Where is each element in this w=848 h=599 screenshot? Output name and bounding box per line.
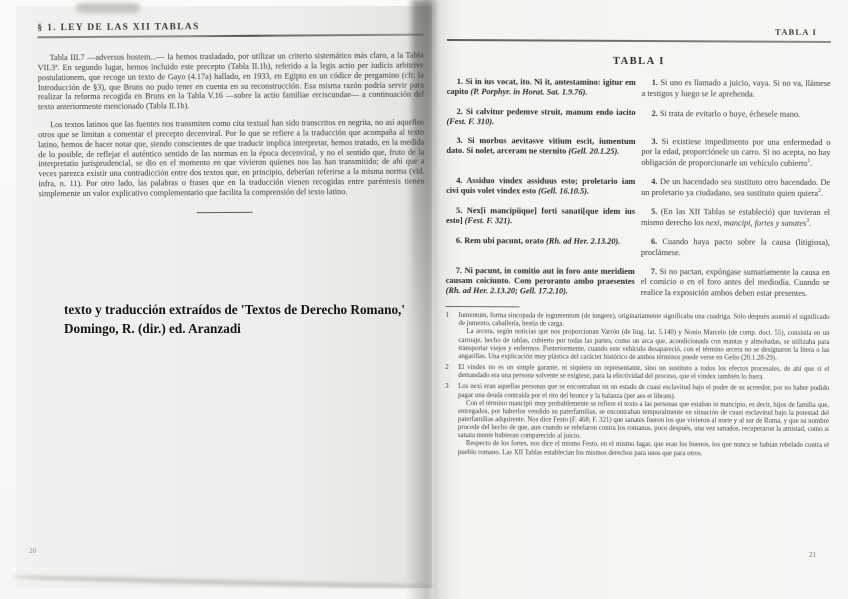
right-header-rule <box>447 39 831 43</box>
section-divider-rule <box>197 212 253 214</box>
spanish-text: 6. Cuando haya pacto sobre la causa (lit… <box>641 237 830 259</box>
latin-text: 3. Si morbus aevitasve vitium escit, ium… <box>446 136 635 168</box>
law-entry: 6. Rem ubi pacunt, orato (Rh. ad Her. 2.… <box>446 236 830 259</box>
left-paragraph-1: Tabla III.7 —adversus hostem...— la hemo… <box>38 51 424 113</box>
law-entries: 1. Si in ius vocat, ito. Ni it, antestam… <box>446 77 831 299</box>
source-attribution-note: texto y traducción extraídos de 'Textos … <box>64 300 409 338</box>
footnote: 3 Los nexi eran aquellas personas que se… <box>445 383 829 458</box>
left-paragraph-2: Los textos latinos que las fuentes nos t… <box>38 118 425 199</box>
law-entry: 3. Si morbus aevitasve vitium escit, ium… <box>446 136 830 169</box>
latin-text: 2. Si calvitur pedemve struit, manum end… <box>447 107 636 128</box>
latin-text: 5. Nex[i mancipiique] forti sanati[que i… <box>446 206 635 228</box>
latin-text: 6. Rem ubi pacunt, orato (Rh. ad Her. 2.… <box>446 236 635 258</box>
spanish-text: 1. Si uno es llamado a juicio, vaya. Si … <box>642 78 831 100</box>
law-entry: 7. Ni pacunt, in comitio aut in foro ant… <box>446 266 830 299</box>
left-running-header: § 1. LEY DE LAS XII TABLAS <box>37 21 423 34</box>
left-page: § 1. LEY DE LAS XII TABLAS Tabla III.7 —… <box>16 6 432 588</box>
footnote: 1 Iumentum, forma sincopada de iugumentu… <box>445 312 829 363</box>
law-entry: 5. Nex[i mancipiique] forti sanati[que i… <box>446 206 830 229</box>
latin-text: 1. Si in ius vocat, ito. Ni it, antestam… <box>447 77 636 99</box>
spanish-text: 2. Si trata de evitarlo o huye, échesele… <box>642 108 831 129</box>
law-entry: 2. Si calvitur pedemve struit, manum end… <box>447 107 831 129</box>
book-scan: § 1. LEY DE LAS XII TABLAS Tabla III.7 —… <box>0 0 848 599</box>
footnotes: 1 Iumentum, forma sincopada de iugumentu… <box>445 312 830 459</box>
spanish-text: 4. De un hacendado sea sustituto otro ha… <box>641 177 830 199</box>
spanish-text: 3. Si existiese impedimento por una enfe… <box>641 137 830 169</box>
footnote: 2 El vindex no es un simple garante, ni … <box>445 364 829 382</box>
right-page-number: 21 <box>809 551 816 559</box>
law-entry: 1. Si in ius vocat, ito. Ni it, antestam… <box>447 77 831 100</box>
law-entry: 4. Assiduo vindex assiduus esto; proleta… <box>446 176 830 199</box>
table-title: TABLA I <box>447 55 831 68</box>
latin-text: 7. Ni pacunt, in comitio aut in foro ant… <box>446 266 635 298</box>
right-page: TABLA I TABLA I 1. Si in ius vocat, ito.… <box>434 0 848 599</box>
latin-text: 4. Assiduo vindex assiduus esto; proleta… <box>446 176 635 198</box>
left-page-number: 20 <box>29 547 36 555</box>
footnote-divider <box>446 306 520 308</box>
spanish-text: 5. (En las XII Tablas se estableció) que… <box>641 207 830 229</box>
right-running-header: TABLA I <box>447 25 831 37</box>
left-header-rule <box>37 34 423 39</box>
spanish-text: 7. Si no pactan, expóngase sumariamente … <box>641 267 830 299</box>
